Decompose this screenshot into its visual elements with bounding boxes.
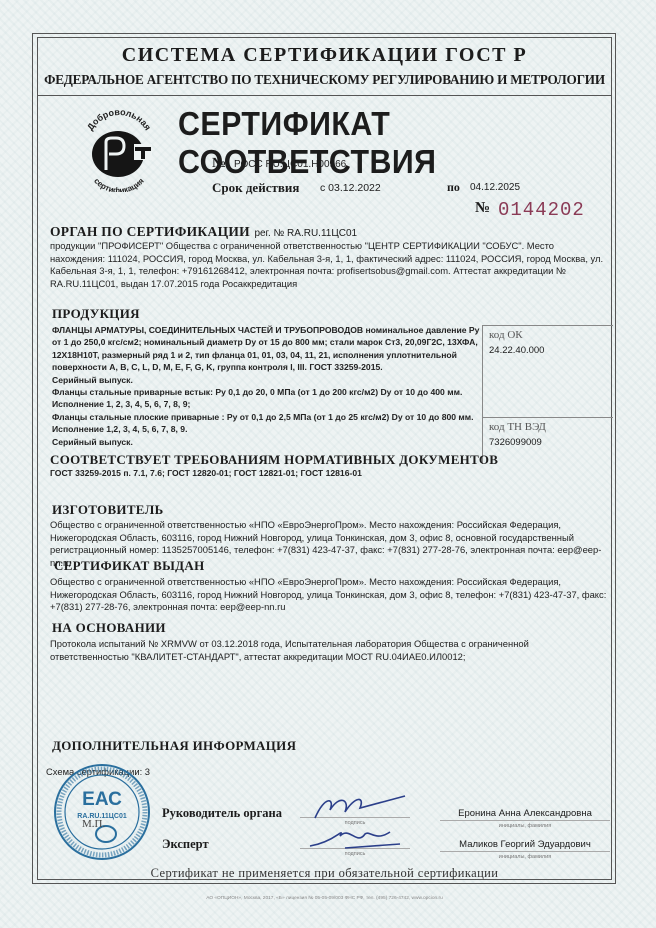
printer-info: АО «ОПЦИОН», Москва, 2017, «Б» лицензия … — [37, 896, 612, 901]
code-tnved-value: 7326099009 — [489, 437, 607, 448]
certification-body-text: продукции "ПРОФИСЕРТ" Общества с огранич… — [50, 240, 605, 290]
products-title: ПРОДУКЦИЯ — [52, 306, 140, 322]
issued-to-title: СЕРТИФИКАТ ВЫДАН — [54, 558, 205, 574]
seal-stamp-icon: ЕАС RA.RU.11ЦС01 — [52, 762, 152, 862]
section-title: ОРГАН ПО СЕРТИФИКАЦИИ — [50, 224, 250, 239]
system-heading: СИСТЕМА СЕРТИФИКАЦИИ ГОСТ Р — [37, 44, 612, 67]
footer-note: Сертификат не применяется при обязательн… — [37, 866, 612, 881]
agency-heading: ФЕДЕРАЛЬНОЕ АГЕНТСТВО ПО ТЕХНИЧЕСКОМУ РЕ… — [37, 72, 612, 88]
valid-from: с 03.12.2022 — [320, 182, 381, 194]
rst-logo-icon: Добровольная сертификация — [80, 108, 158, 192]
svg-text:ЕАС: ЕАС — [82, 789, 122, 810]
valid-to-label: по — [447, 180, 460, 195]
svg-text:Добровольная: Добровольная — [85, 108, 153, 132]
products-line2: Фланцы стальные приварные встык: Ру 0,1 … — [52, 386, 482, 411]
header-divider — [37, 95, 612, 96]
basis-title: НА ОСНОВАНИИ — [52, 620, 166, 636]
code-tnved-box: код ТН ВЭД 7326099009 — [482, 417, 613, 464]
manufacturer-title: ИЗГОТОВИТЕЛЬ — [52, 502, 163, 518]
products-text: ФЛАНЦЫ АРМАТУРЫ, СОЕДИНИТЕЛЬНЫХ ЧАСТЕЙ И… — [52, 324, 482, 374]
number-sign: № — [212, 156, 226, 172]
additional-title: ДОПОЛНИТЕЛЬНАЯ ИНФОРМАЦИЯ — [52, 738, 296, 754]
code-ok-label: код ОК — [489, 329, 607, 341]
stamp-mp: М.П. — [82, 818, 105, 830]
expert-name-line — [440, 851, 610, 852]
blank-number-sign: № — [475, 200, 490, 217]
certificate-number: РОСС RU.ЦС01.Н00966 — [234, 159, 346, 170]
blank-number: 0144202 — [498, 199, 585, 221]
svg-text:сертификация: сертификация — [92, 176, 146, 192]
products-serial-2: Серийный выпуск. — [52, 436, 482, 448]
head-label: Руководитель органа — [162, 806, 282, 821]
head-name: Еронина Анна Александровна — [440, 808, 610, 819]
code-ok-box: код ОК 24.22.40.000 — [482, 325, 613, 418]
validity-label: Срок действия — [212, 180, 299, 196]
expert-signature — [305, 822, 415, 859]
expert-name: Маликов Георгий Эдуардович — [440, 839, 610, 850]
valid-to: 04.12.2025 — [470, 182, 520, 193]
compliance-title: СООТВЕТСТВУЕТ ТРЕБОВАНИЯМ НОРМАТИВНЫХ ДО… — [50, 452, 498, 468]
registration-number: рег. № RA.RU.11ЦС01 — [254, 228, 357, 239]
head-name-line — [440, 820, 610, 821]
basis-text: Протокола испытаний № XRMVW от 03.12.201… — [50, 638, 605, 663]
expert-name-caption: инициалы, фамилия — [440, 854, 610, 860]
compliance-text: ГОСТ 33259-2015 п. 7.1, 7.6; ГОСТ 12820-… — [50, 467, 362, 479]
head-name-caption: инициалы, фамилия — [440, 823, 610, 829]
expert-label: Эксперт — [162, 837, 209, 852]
code-ok-value: 24.22.40.000 — [489, 345, 607, 356]
products-line3: Фланцы стальные плоские приварные : Ру о… — [52, 411, 482, 436]
code-tnved-label: код ТН ВЭД — [489, 421, 607, 433]
issued-to-text: Общество с ограниченной ответственностью… — [50, 576, 610, 614]
products-block: ФЛАНЦЫ АРМАТУРЫ, СОЕДИНИТЕЛЬНЫХ ЧАСТЕЙ И… — [52, 324, 482, 448]
products-serial: Серийный выпуск. — [52, 374, 482, 386]
certification-body-heading: ОРГАН ПО СЕРТИФИКАЦИИ рег. № RA.RU.11ЦС0… — [50, 223, 357, 241]
